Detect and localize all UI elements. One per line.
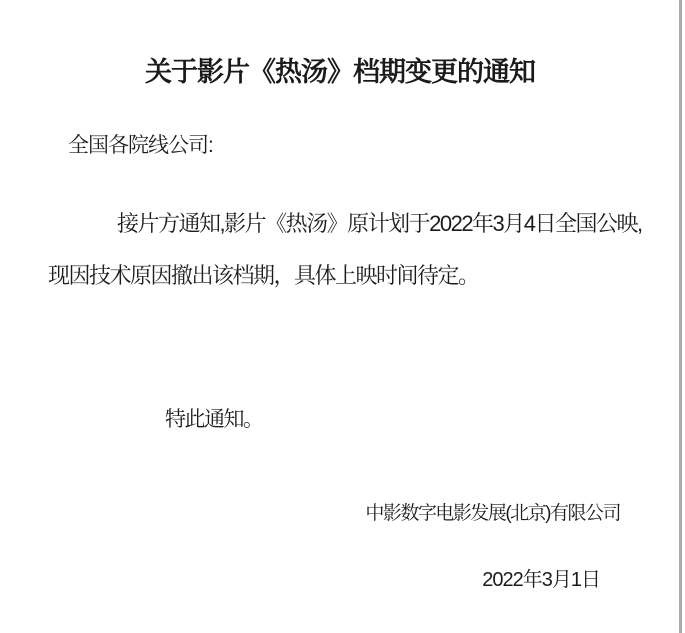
signature-date: 2022年3月1日 <box>0 568 600 592</box>
signature-company: 中影数字电影发展(北京)有限公司 <box>0 502 620 526</box>
body-line-2: 现因技术原因撤出该档期，具体上映时间待定。 <box>48 262 479 290</box>
body-line-1: 接片方通知,影片《热汤》原计划于2022年3月4日全国公映, <box>117 210 642 238</box>
notice-title: 关于影片《热汤》档期变更的通知 <box>0 54 680 90</box>
closing-line: 特此通知。 <box>165 407 263 433</box>
salutation-line: 全国各院线公司: <box>68 133 213 159</box>
page-edge-divider <box>679 0 682 633</box>
notice-document: 关于影片《热汤》档期变更的通知 全国各院线公司: 接片方通知,影片《热汤》原计划… <box>0 0 685 633</box>
